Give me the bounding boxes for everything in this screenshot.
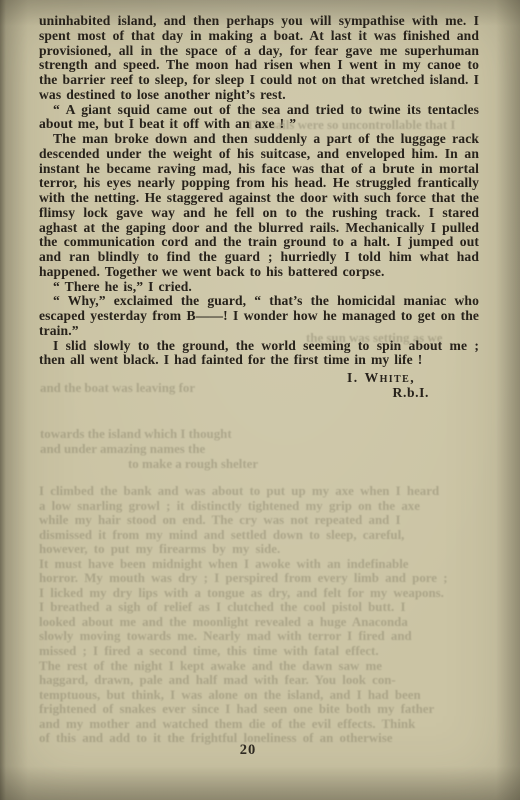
page-number: 20 [0, 742, 496, 759]
ghost-line: while my hair stood on end. The cry was … [39, 513, 483, 528]
ghost-fragment: and under amazing names the [40, 442, 205, 457]
ghost-line: and my mother and watched them die of th… [39, 717, 483, 732]
book-page-scan: The sails were so uncontrollable that I … [0, 0, 520, 800]
ghost-fragment: to make a rough shelter [128, 457, 258, 472]
story-paragraph: I slid slowly to the ground, the world s… [39, 339, 479, 369]
ghost-line: haggard, drawn, pale and half mad with f… [39, 673, 483, 688]
story-paragraph: uninhabited island, and then perhaps you… [39, 14, 479, 103]
ghost-line: It must have been midnight when I awoke … [39, 557, 483, 572]
ghost-fragment: towards the island which I thought [40, 427, 232, 442]
story-paragraph-quote: “ A giant squid came out of the sea and … [39, 103, 479, 133]
story-paragraph-quote: “ Why,” exclaimed the guard, “ that’s th… [39, 294, 479, 338]
author-signature-name: I. White, [39, 371, 479, 386]
ghost-line: I breathed a sigh of relief as I clutche… [39, 600, 483, 615]
story-paragraph: The man broke down and then suddenly a p… [39, 132, 479, 280]
ghost-line: temptuous, but think, I was alone on the… [39, 688, 483, 703]
ghost-line: horror. My mouth was dry ; I perspired f… [39, 571, 483, 586]
ghost-line: frightened of snakes ever since I had se… [39, 702, 483, 717]
ghost-line: slowly moving towards me. Nearly mad wit… [39, 629, 483, 644]
ghost-line: dismissed it from my mind and settled do… [39, 528, 483, 543]
ghost-line: I licked my dry lips with a tongue as dr… [39, 586, 483, 601]
ghost-line: I climbed the bank and was about to put … [39, 484, 483, 499]
ghost-line: however, to put my firearms by my side. [39, 542, 483, 557]
story-paragraph-quote: “ There he is,” I cried. [39, 280, 479, 295]
ghost-text-block: I climbed the bank and was about to put … [39, 484, 483, 746]
author-signature-title: R.b.I. [39, 386, 479, 401]
ghost-line: The rest of the night I kept awake and t… [39, 659, 483, 674]
ghost-line: missed ; I fired a second time, this tim… [39, 644, 483, 659]
ghost-line: looked about me and the moonlight reveal… [39, 615, 483, 630]
story-text-block: uninhabited island, and then perhaps you… [39, 14, 479, 401]
ghost-line: a low snarling growl ; it distinctly tig… [39, 499, 483, 514]
